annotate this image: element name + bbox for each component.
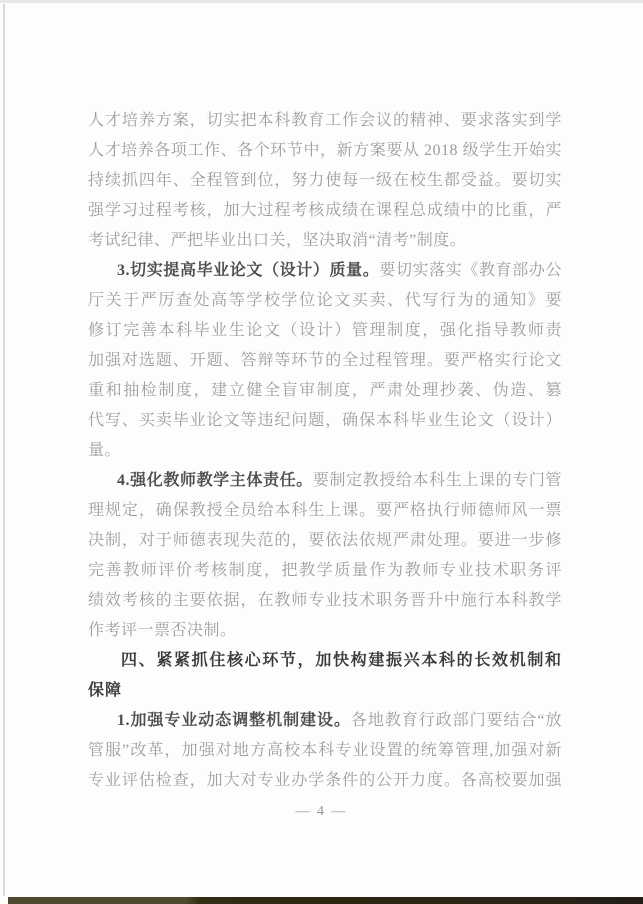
text-line: 专业评估检查，加大对专业办学条件的公开力度。各高校要加强需 [88, 766, 562, 796]
text-line: 持续抓四年、全程管到位，努力使每一级在校生都受益。要切实加 [88, 166, 562, 196]
text-line: 量。 [88, 436, 562, 466]
scan-edge-top [0, 0, 643, 3]
scan-edge-left [3, 4, 5, 896]
text-run: 厅关于严厉查处高等学校学位论文买卖、代写行为的通知》要求， [88, 292, 562, 316]
text-run: 修订完善本科毕业生论文（设计）管理制度，强化指导教师责任， [88, 322, 562, 346]
text-line: 绩效考核的主要依据，在教师专业技术职务晋升中施行本科教学工 [88, 586, 562, 616]
text-run: 要切实落实《教育部办公 [379, 262, 562, 279]
text-line: 作考评一票否决制。 [88, 616, 562, 646]
text-line: 重和抽检制度，建立健全盲审制度，严肃处理抄袭、伪造、篡改、 [88, 376, 562, 406]
text-line: 强学习过程考核，加大过程考核成绩在课程总成绩中的比重，严格 [88, 196, 562, 226]
text-run: 理规定，确保教授全员给本科生上课。要严格执行师德师风一票否 [88, 502, 562, 526]
text-run: 各地教育行政部门要结合“放 [351, 712, 562, 729]
scanned-document-page: 人才培养方案，切实把本科教育工作会议的精神、要求落实到学校人才培养各项工作、各个… [0, 0, 643, 904]
page-number: — 4 — [0, 804, 643, 820]
text-line: 人才培养各项工作、各个环节中，新方案要从 2018 级学生开始实施， [88, 136, 562, 166]
text-line: 理规定，确保教授全员给本科生上课。要严格执行师德师风一票否 [88, 496, 562, 526]
text-line: 加强对选题、开题、答辩等环节的全过程管理。要严格实行论文查 [88, 346, 562, 376]
heading-line: 四、紧紧抓住核心环节，加快构建振兴本科的长效机制和制度 [88, 646, 562, 676]
text-line: 1.加强专业动态调整机制建设。各地教育行政部门要结合“放 [88, 706, 562, 736]
text-line: 4.强化教师教学主体责任。要制定教授给本科生上课的专门管 [88, 466, 562, 496]
bold-run: 四、紧紧抓住核心环节，加快构建振兴本科的长效机制和制度 [88, 652, 562, 676]
text-line: 考试纪律、严把毕业出口关，坚决取消“清考”制度。 [88, 226, 562, 256]
text-run: 绩效考核的主要依据，在教师专业技术职务晋升中施行本科教学工 [88, 592, 562, 616]
text-run: 专业评估检查，加大对专业办学条件的公开力度。各高校要加强需 [88, 772, 562, 796]
text-run: 代写、买卖毕业论文等违纪问题，确保本科毕业生论文（设计）质 [88, 412, 562, 436]
text-line: 厅关于严厉查处高等学校学位论文买卖、代写行为的通知》要求， [88, 286, 562, 316]
text-run: 持续抓四年、全程管到位，努力使每一级在校生都受益。要切实加 [88, 172, 562, 196]
scan-edge-bottom [8, 897, 643, 904]
text-run: 人才培养方案，切实把本科教育工作会议的精神、要求落实到学校 [88, 112, 562, 136]
text-run: 考试纪律、严把毕业出口关，坚决取消“清考”制度。 [88, 232, 466, 249]
text-run: 强学习过程考核，加大过程考核成绩在课程总成绩中的比重，严格 [88, 202, 562, 226]
text-line: 代写、买卖毕业论文等违纪问题，确保本科毕业生论文（设计）质 [88, 406, 562, 436]
text-run: 重和抽检制度，建立健全盲审制度，严肃处理抄袭、伪造、篡改、 [88, 382, 562, 406]
text-run: 量。 [88, 442, 121, 459]
text-run: 管服”改革，加强对地方高校本科专业设置的统筹管理,加强对新设 [88, 742, 562, 766]
text-run: 作考评一票否决制。 [88, 622, 237, 639]
text-run: 决制，对于师德表现失范的，要依法依规严肃处理。要进一步修订 [88, 532, 562, 556]
bold-run: 3.切实提高毕业论文（设计）质量。 [117, 262, 379, 279]
text-run: 完善教师评价考核制度，把教学质量作为教师专业技术职务评聘、 [88, 562, 562, 586]
bold-run: 1.加强专业动态调整机制建设。 [117, 712, 351, 729]
text-line: 人才培养方案，切实把本科教育工作会议的精神、要求落实到学校 [88, 106, 562, 136]
text-line: 修订完善本科毕业生论文（设计）管理制度，强化指导教师责任， [88, 316, 562, 346]
document-body: 人才培养方案，切实把本科教育工作会议的精神、要求落实到学校人才培养各项工作、各个… [88, 106, 562, 796]
text-run: 人才培养各项工作、各个环节中，新方案要从 2018 级学生开始实施， [88, 142, 562, 166]
text-line: 管服”改革，加强对地方高校本科专业设置的统筹管理,加强对新设 [88, 736, 562, 766]
text-line: 3.切实提高毕业论文（设计）质量。要切实落实《教育部办公 [88, 256, 562, 286]
text-run: 加强对选题、开题、答辩等环节的全过程管理。要严格实行论文查 [88, 352, 562, 376]
text-line: 完善教师评价考核制度，把教学质量作为教师专业技术职务评聘、 [88, 556, 562, 586]
bold-run: 4.强化教师教学主体责任。 [117, 472, 313, 489]
text-run: 要制定教授给本科生上课的专门管 [313, 472, 562, 489]
text-line: 决制，对于师德表现失范的，要依法依规严肃处理。要进一步修订 [88, 526, 562, 556]
bold-run: 保障 [88, 682, 122, 699]
heading-line: 保障 [88, 676, 562, 706]
